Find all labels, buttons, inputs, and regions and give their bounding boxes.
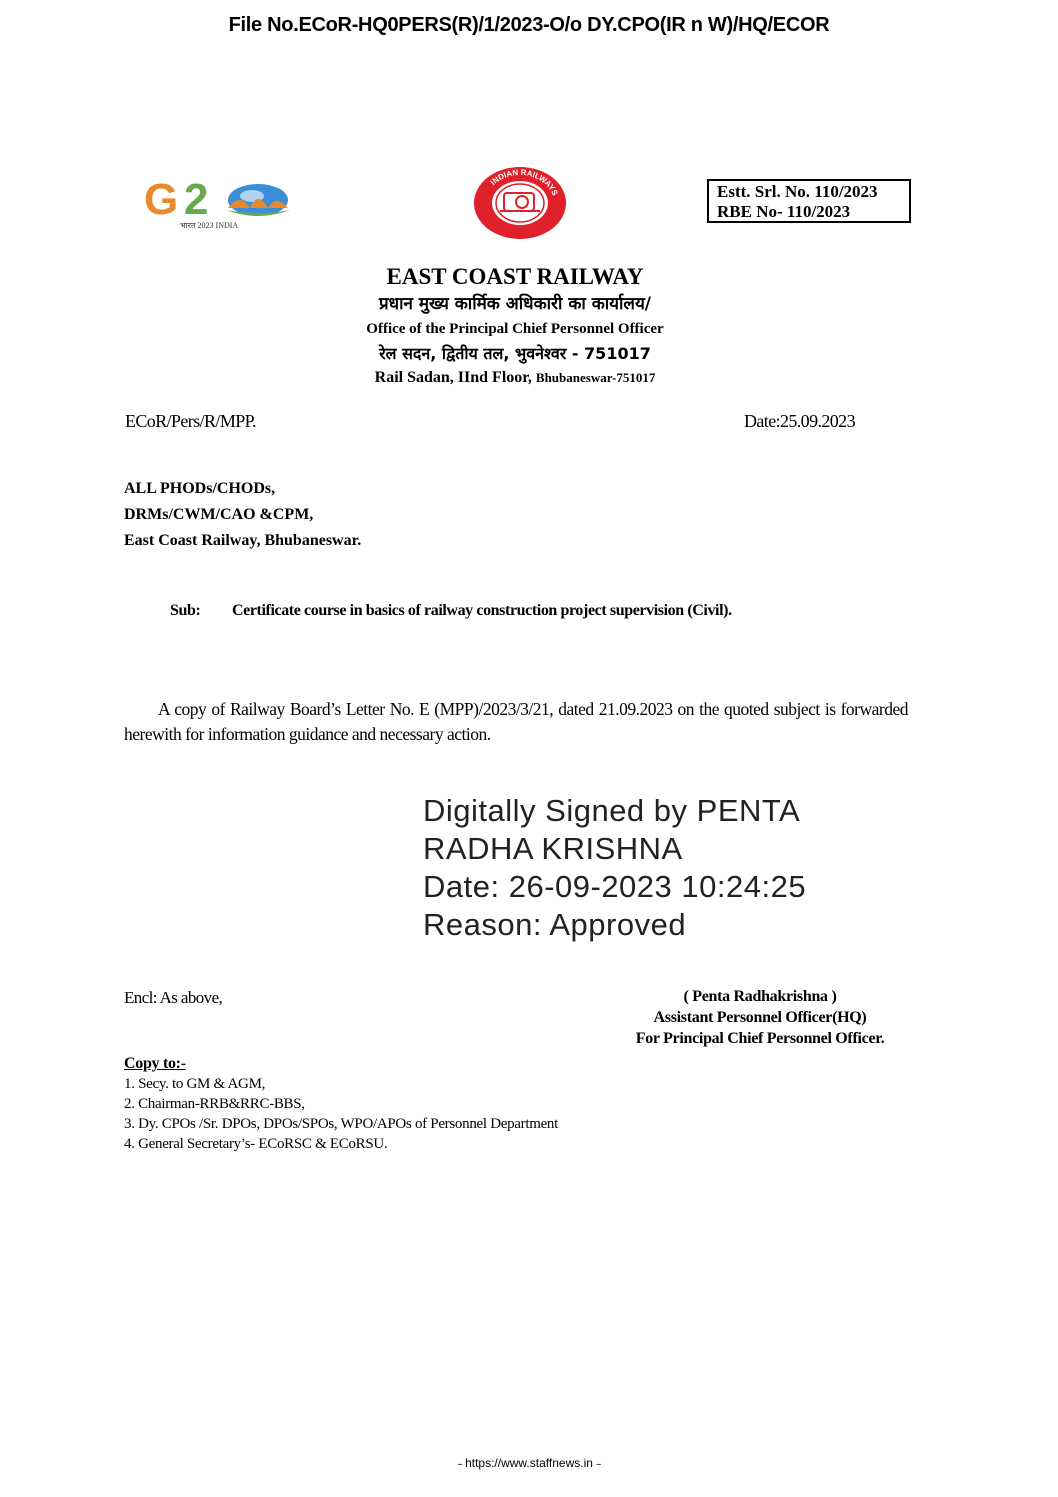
address-english: Rail Sadan, IInd Floor, Bhubaneswar-7510… (280, 367, 750, 389)
signatory-name: ( Penta Radhakrishna ) (590, 986, 930, 1007)
indian-railways-emblem: INDIAN RAILWAYS (472, 165, 568, 241)
address-main: Rail Sadan, IInd Floor, (375, 369, 536, 386)
addressee-line: DRMs/CWM/CAO &CPM, (124, 502, 361, 528)
footer-dash-left: -- (458, 1459, 462, 1469)
letter-date: Date:25.09.2023 (744, 411, 855, 432)
enclosure-note: Encl: As above, (124, 988, 222, 1008)
letter-body: A copy of Railway Board’s Letter No. E (… (124, 697, 908, 747)
svg-text:G: G (144, 175, 178, 224)
estt-serial-number: Estt. Srl. No. 110/2023 (717, 182, 901, 202)
addressee-line: East Coast Railway, Bhubaneswar. (124, 528, 361, 554)
list-item: 2. Chairman-RRB&RRC-BBS, (124, 1094, 558, 1114)
signature-line: Digitally Signed by PENTA (423, 792, 806, 830)
g20-logo: G 2 भारत 2023 INDIA (140, 172, 320, 232)
signatory-on-behalf: For Principal Chief Personnel Officer. (590, 1028, 930, 1049)
address-city: Bhubaneswar-751017 (536, 370, 655, 385)
organization-header: EAST COAST RAILWAY प्रधान मुख्य कार्मिक … (280, 262, 750, 389)
copy-to-list: 1. Secy. to GM & AGM, 2. Chairman-RRB&RR… (124, 1074, 558, 1154)
digital-signature-stamp: Digitally Signed by PENTA RADHA KRISHNA … (423, 792, 806, 944)
copy-to-heading: Copy to:- (124, 1054, 558, 1074)
file-number-header: File No.ECoR-HQ0PERS(R)/1/2023-O/o DY.CP… (0, 14, 1058, 37)
reference-box: Estt. Srl. No. 110/2023 RBE No- 110/2023 (707, 179, 911, 223)
office-name-english: Office of the Principal Chief Personnel … (280, 317, 750, 341)
list-item: 3. Dy. CPOs /Sr. DPOs, DPOs/SPOs, WPO/AP… (124, 1114, 558, 1134)
organization-name: EAST COAST RAILWAY (280, 262, 750, 292)
signature-line: RADHA KRISHNA (423, 830, 806, 868)
footer-link[interactable]: https://www.staffnews.in (465, 1456, 593, 1470)
addressee-block: ALL PHODs/CHODs, DRMs/CWM/CAO &CPM, East… (124, 476, 361, 554)
signatory-block: ( Penta Radhakrishna ) Assistant Personn… (590, 986, 930, 1049)
rbe-number: RBE No- 110/2023 (717, 202, 901, 222)
footer-dash-right: -- (596, 1459, 600, 1469)
office-name-hindi: प्रधान मुख्य कार्मिक अधिकारी का कार्यालय… (280, 292, 750, 317)
list-item: 4. General Secretary’s- ECoRSC & ECoRSU. (124, 1134, 558, 1154)
footer: -- https://www.staffnews.in -- (0, 1456, 1058, 1470)
subject-label: Sub: (170, 602, 232, 620)
svg-text:2: 2 (184, 175, 208, 224)
subject-line: Sub:Certificate course in basics of rail… (170, 602, 732, 620)
address-hindi: रेल सदन, द्वितीय तल, भुवनेश्वर - 751017 (280, 341, 750, 367)
signature-line: Reason: Approved (423, 906, 806, 944)
signatory-designation: Assistant Personnel Officer(HQ) (590, 1007, 930, 1028)
letter-reference-number: ECoR/Pers/R/MPP. (125, 411, 256, 432)
subject-text: Certificate course in basics of railway … (232, 602, 732, 619)
indian-railways-emblem-icon: INDIAN RAILWAYS (472, 165, 568, 241)
copy-to-section: Copy to:- 1. Secy. to GM & AGM, 2. Chair… (124, 1054, 558, 1154)
signature-line: Date: 26-09-2023 10:24:25 (423, 868, 806, 906)
g20-logo-icon: G 2 भारत 2023 INDIA (140, 172, 320, 232)
list-item: 1. Secy. to GM & AGM, (124, 1074, 558, 1094)
addressee-line: ALL PHODs/CHODs, (124, 476, 361, 502)
svg-text:भारत 2023 INDIA: भारत 2023 INDIA (180, 221, 238, 230)
